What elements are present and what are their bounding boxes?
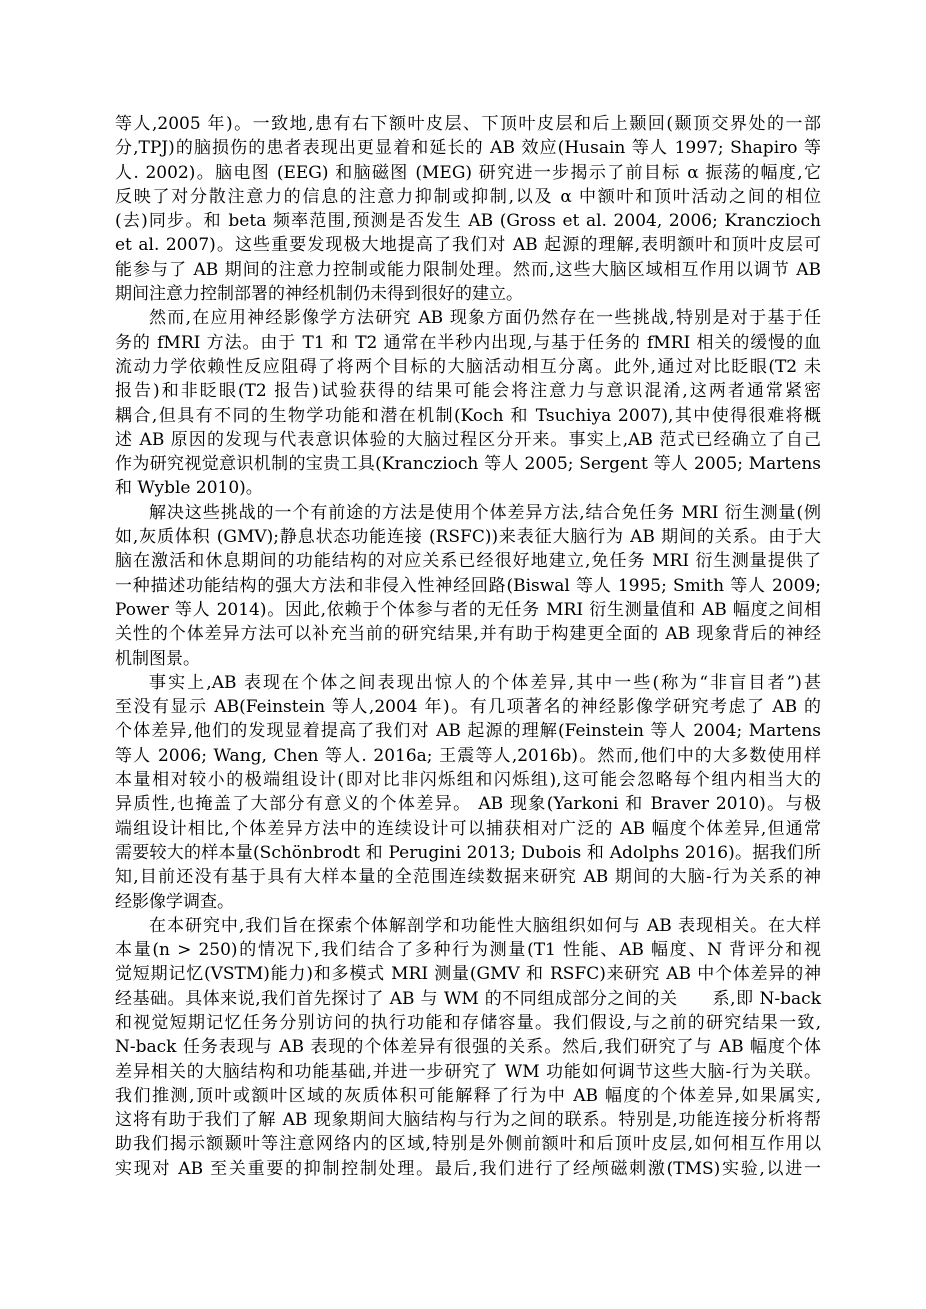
text-line: 差异相关的大脑结构和功能基础,并进一步研究了 WM 功能如何调节这些大脑-行为关… [115,1060,821,1084]
text-line: (去)同步。和 beta 频率范围,预测是否发生 AB (Gross et al… [115,209,821,233]
text-line: 关性的个体差异方法可以补充当前的研究结果,并有助于构建更全面的 AB 现象背后的… [115,622,821,646]
body-text-block: 等人,2005 年)。一致地,患有右下额叶皮层、下顶叶皮层和后上颞回(颞顶交界处… [115,112,821,1181]
text-line: 本量相对较小的极端组设计(即对比非闪烁组和闪烁组),这可能会忽略每个组内相当大的 [115,768,821,792]
text-line: 报告)和非眨眼(T2 报告)试验获得的结果可能会将注意力与意识混淆,这两者通常紧… [115,379,821,403]
text-line: 在本研究中,我们旨在探索个体解剖学和功能性大脑组织如何与 AB 表现相关。在大样 [115,914,821,938]
text-line: Power 等人 2014)。因此,依赖于个体参与者的无任务 MRI 衍生测量值… [115,598,821,622]
text-line: 期间注意力控制部署的神经机制仍未得到很好的建立。 [115,282,821,306]
text-line: 觉短期记忆(VSTM)能力)和多模式 MRI 测量(GMV 和 RSFC)来研究… [115,962,821,986]
text-line: 耦合,但具有不同的生物学功能和潜在机制(Koch 和 Tsuchiya 2007… [115,404,821,428]
text-line: 我们推测,顶叶或额叶区域的灰质体积可能解释了行为中 AB 幅度的个体差异,如果属… [115,1084,821,1108]
text-line: 流动力学依赖性反应阻碍了将两个目标的大脑活动相互分离。此外,通过对比眨眼(T2 … [115,355,821,379]
text-line: 分,TPJ)的脑损伤的患者表现出更显着和延长的 AB 效应(Husain 等人 … [115,136,821,160]
text-line: 务的 fMRI 方法。由于 T1 和 T2 通常在半秒内出现,与基于任务的 fM… [115,331,821,355]
text-line: 能参与了 AB 期间的注意力控制或能力限制处理。然而,这些大脑区域相互作用以调节… [115,258,821,282]
text-line: 异质性,也掩盖了大部分有意义的个体差异。 AB 现象(Yarkoni 和 Bra… [115,792,821,816]
text-line: 需要较大的样本量(Schönbrodt 和 Perugini 2013; Dub… [115,841,821,865]
text-line: N-back 任务表现与 AB 表现的个体差异有很强的关系。然后,我们研究了与 … [115,1035,821,1059]
text-line: 机制图景。 [115,647,821,671]
text-line: 助我们揭示额颞叶等注意网络内的区域,特别是外侧前额叶和后顶叶皮层,如何相互作用以 [115,1132,821,1156]
text-line: 个体差异,他们的发现显着提高了我们对 AB 起源的理解(Feinstein 等人… [115,719,821,743]
text-line: 和 Wyble 2010)。 [115,476,821,500]
text-line: 事实上,AB 表现在个体之间表现出惊人的个体差异,其中一些(称为“非盲目者”)甚 [115,671,821,695]
text-line: 一种描述功能结构的强大方法和非侵入性神经回路(Biswal 等人 1995; S… [115,574,821,598]
text-line: 知,目前还没有基于具有大样本量的全范围连续数据来研究 AB 期间的大脑-行为关系… [115,865,821,889]
text-line: 实现对 AB 至关重要的抑制控制处理。最后,我们进行了经颅磁刺激(TMS)实验,… [115,1157,821,1181]
text-line: 本量(n > 250)的情况下,我们结合了多种行为测量(T1 性能、AB 幅度、… [115,938,821,962]
text-line: 和视觉短期记忆任务分别访问的执行功能和存储容量。我们假设,与之前的研究结果一致, [115,1011,821,1035]
text-line: 解决这些挑战的一个有前途的方法是使用个体差异方法,结合免任务 MRI 衍生测量(… [115,501,821,525]
text-line: 等人 2006; Wang, Chen 等人. 2016a; 王震等人,2016… [115,744,821,768]
text-line: 述 AB 原因的发现与代表意识体验的大脑过程区分开来。事实上,AB 范式已经确立… [115,428,821,452]
text-line: 经影像学调查。 [115,890,821,914]
page-background: 等人,2005 年)。一致地,患有右下额叶皮层、下顶叶皮层和后上颞回(颞顶交界处… [0,0,926,1309]
text-line: 反映了对分散注意力的信息的注意力抑制或抑制,以及 α 中额叶和顶叶活动之间的相位 [115,185,821,209]
text-line: 端组设计相比,个体差异方法中的连续设计可以捕获相对广泛的 AB 幅度个体差异,但… [115,817,821,841]
text-line: 这将有助于我们了解 AB 现象期间大脑结构与行为之间的联系。特别是,功能连接分析… [115,1108,821,1132]
text-line: 作为研究视觉意识机制的宝贵工具(Kranczioch 等人 2005; Serg… [115,452,821,476]
text-line: 人. 2002)。脑电图 (EEG) 和脑磁图 (MEG) 研究进一步揭示了前目… [115,161,821,185]
document-page: { "page": { "background_color": "#ffffff… [0,0,926,1309]
text-line: 如,灰质体积 (GMV);静息状态功能连接 (RSFC))来表征大脑行为 AB … [115,525,821,549]
text-line: 等人,2005 年)。一致地,患有右下额叶皮层、下顶叶皮层和后上颞回(颞顶交界处… [115,112,821,136]
text-line: 经基础。具体来说,我们首先探讨了 AB 与 WM 的不同组成部分之间的关 系,即… [115,987,821,1011]
text-line: 脑在激活和休息期间的功能结构的对应关系已经很好地建立,免任务 MRI 衍生测量提… [115,549,821,573]
text-line: et al. 2007)。这些重要发现极大地提高了我们对 AB 起源的理解,表明… [115,233,821,257]
text-line: 至没有显示 AB(Feinstein 等人,2004 年)。有几项著名的神经影像… [115,695,821,719]
text-line: 然而,在应用神经影像学方法研究 AB 现象方面仍然存在一些挑战,特别是对于基于任 [115,306,821,330]
